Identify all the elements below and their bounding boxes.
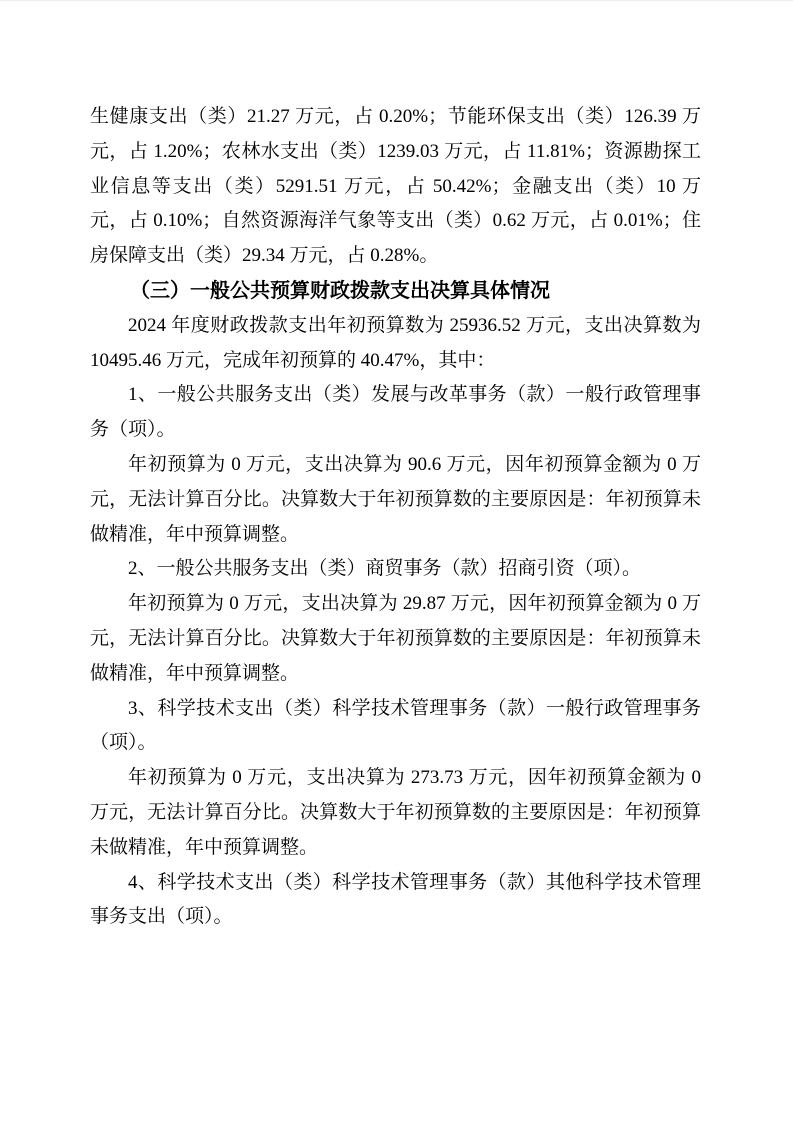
doc-line: （项）。 (90, 726, 701, 761)
doc-line: 做精准，年中预算调整。 (90, 518, 701, 553)
doc-line: 3、科学技术支出（类）科学技术管理事务（款）一般行政管理事务 (90, 692, 701, 727)
doc-line: 未做精准，年中预算调整。 (90, 831, 701, 866)
doc-line: 做精准，年中预算调整。 (90, 657, 701, 692)
doc-line: 业信息等支出（类）5291.51 万元，占 50.42%；金融支出（类）10 万 (90, 170, 701, 205)
doc-line: 务（项）。 (90, 413, 701, 448)
doc-line: 年初预算为 0 万元，支出决算为 29.87 万元，因年初预算金额为 0 万 (90, 587, 701, 622)
doc-line: 2、一般公共服务支出（类）商贸事务（款）招商引资（项）。 (90, 552, 701, 587)
doc-line: 元，占 1.20%；农林水支出（类）1239.03 万元，占 11.81%；资源… (90, 135, 701, 170)
doc-line: 事务支出（项）。 (90, 900, 701, 935)
doc-line: 生健康支出（类）21.27 万元，占 0.20%；节能环保支出（类）126.39… (90, 100, 701, 135)
doc-line: 年初预算为 0 万元，支出决算为 273.73 万元，因年初预算金额为 0 (90, 761, 701, 796)
doc-line: 万元，无法计算百分比。决算数大于年初预算数的主要原因是：年初预算 (90, 796, 701, 831)
doc-line: 元，无法计算百分比。决算数大于年初预算数的主要原因是：年初预算未 (90, 622, 701, 657)
doc-line: 年初预算为 0 万元，支出决算为 90.6 万元，因年初预算金额为 0 万 (90, 448, 701, 483)
doc-line: 10495.46 万元，完成年初预算的 40.47%，其中： (90, 344, 701, 379)
doc-line: 1、一般公共服务支出（类）发展与改革事务（款）一般行政管理事 (90, 378, 701, 413)
doc-line: 元，占 0.10%；自然资源海洋气象等支出（类）0.62 万元，占 0.01%；… (90, 204, 701, 239)
section-heading: （三）一般公共预算财政拨款支出决算具体情况 (90, 274, 701, 309)
doc-line: 4、科学技术支出（类）科学技术管理事务（款）其他科学技术管理 (90, 866, 701, 901)
doc-line: 元，无法计算百分比。决算数大于年初预算数的主要原因是：年初预算未 (90, 483, 701, 518)
document-page: 生健康支出（类）21.27 万元，占 0.20%；节能环保支出（类）126.39… (0, 0, 793, 1122)
doc-line: 房保障支出（类）29.34 万元，占 0.28%。 (90, 239, 701, 274)
doc-line: 2024 年度财政拨款支出年初预算数为 25936.52 万元，支出决算数为 (90, 309, 701, 344)
document-body: 生健康支出（类）21.27 万元，占 0.20%；节能环保支出（类）126.39… (90, 100, 701, 935)
